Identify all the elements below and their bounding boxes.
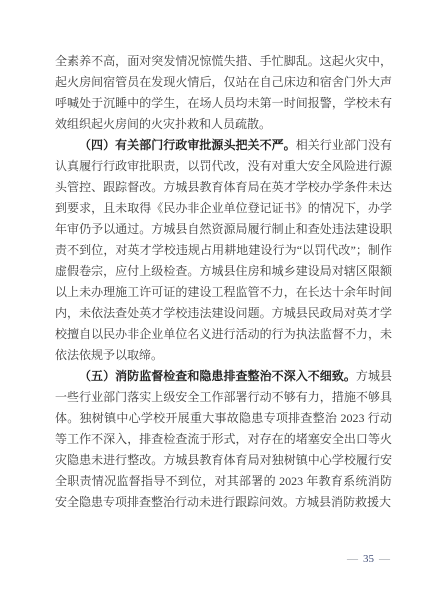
paragraph-text: 方城县一些行业部门落实上级安全工作部署行动不够有力，措施不够具体。独树镇中心学校… xyxy=(55,369,392,509)
document-page: 全素养不高，面对突发情况惊慌失措、手忙脚乱。这起火灾中，起火房间宿管员在发现火情… xyxy=(0,0,432,591)
paragraph-continuation: 全素养不高，面对突发情况惊慌失措、手忙脚乱。这起火灾中，起火房间宿管员在发现火情… xyxy=(55,51,392,135)
section-4-heading: （四）有关部门行政审批源头把关不严。 xyxy=(79,138,296,152)
page-number-dash-right: — xyxy=(379,553,390,565)
paragraph-section-4: （四）有关部门行政审批源头把关不严。相关行业部门没有认真履行行政审批职责，以罚代… xyxy=(55,135,392,366)
section-5-heading: （五）消防监督检查和隐患排查整治不深入不细致。 xyxy=(79,369,356,383)
paragraph-text: 相关行业部门没有认真履行行政审批职责，以罚代改，没有对重大安全风险进行源头管控、… xyxy=(55,138,392,362)
paragraph-text: 全素养不高，面对突发情况惊慌失措、手忙脚乱。这起火灾中，起火房间宿管员在发现火情… xyxy=(55,54,392,131)
page-body-text: 全素养不高，面对突发情况惊慌失措、手忙脚乱。这起火灾中，起火房间宿管员在发现火情… xyxy=(55,51,392,513)
paragraph-section-5: （五）消防监督检查和隐患排查整治不深入不细致。方城县一些行业部门落实上级安全工作… xyxy=(55,366,392,513)
page-number-dash-left: — xyxy=(347,553,358,565)
page-number-value: 35 xyxy=(363,553,374,565)
page-number: —35— xyxy=(347,553,390,565)
